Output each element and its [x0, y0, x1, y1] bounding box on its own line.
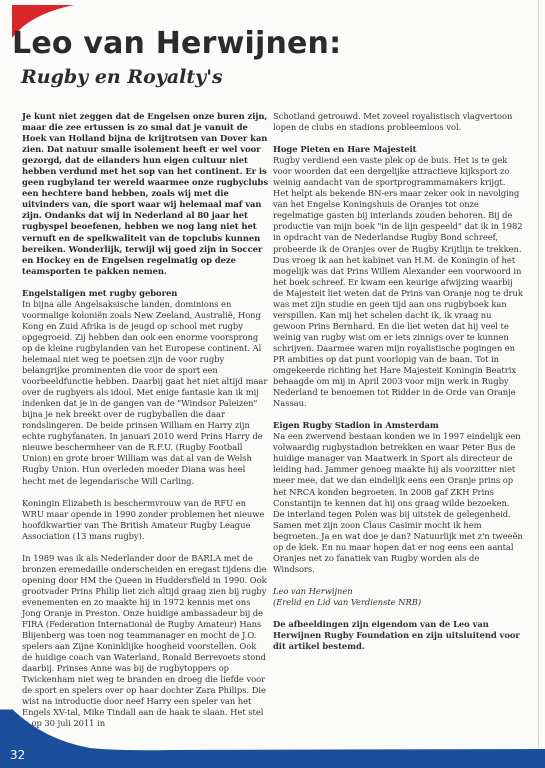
image-credit: De afbeeldingen zijn eigendom van de Leo… [273, 619, 523, 652]
page-number: 32 [10, 748, 25, 762]
section-heading-engelstaligen: Engelstaligen met rugby geboren [22, 288, 268, 299]
lead-paragraph: Je kunt niet zeggen dat de Engelsen onze… [22, 111, 268, 277]
footer-blue-wave [0, 688, 545, 768]
section-body-engelstaligen: In bijna alle Angelsaksische landen, dom… [22, 299, 268, 487]
left-column: Je kunt niet zeggen dat de Engelsen onze… [22, 111, 268, 740]
section-body-hoge-pieten: Rugby verdiend een vaste plek op de buis… [273, 155, 523, 409]
section-heading-eigen-stadion: Eigen Rugby Stadion in Amsterdam [273, 420, 523, 431]
article-title: Leo van Herwijnen: [12, 26, 341, 61]
magazine-page: Leo van Herwijnen: Rugby en Royalty's Je… [0, 0, 545, 768]
signature-name: Leo van Herwijnen [273, 586, 523, 597]
article-subtitle: Rugby en Royalty's [21, 66, 223, 88]
right-column: Schotland getrouwd. Met zoveel royalisti… [273, 111, 523, 663]
continuation-paragraph: Schotland getrouwd. Met zoveel royalisti… [273, 111, 523, 133]
section-body-eigen-stadion: Na een zwervend bestaan konden we in 199… [273, 431, 523, 575]
page-edge-line [538, 0, 539, 768]
paragraph-koningin-elizabeth: Koningin Elizabeth is beschermvrouw van … [22, 498, 268, 542]
section-heading-hoge-pieten: Hoge Pieten en Hare Majesteit [273, 144, 523, 155]
signature-title: (Erelid en Lid van Verdienste NRB) [273, 597, 523, 608]
